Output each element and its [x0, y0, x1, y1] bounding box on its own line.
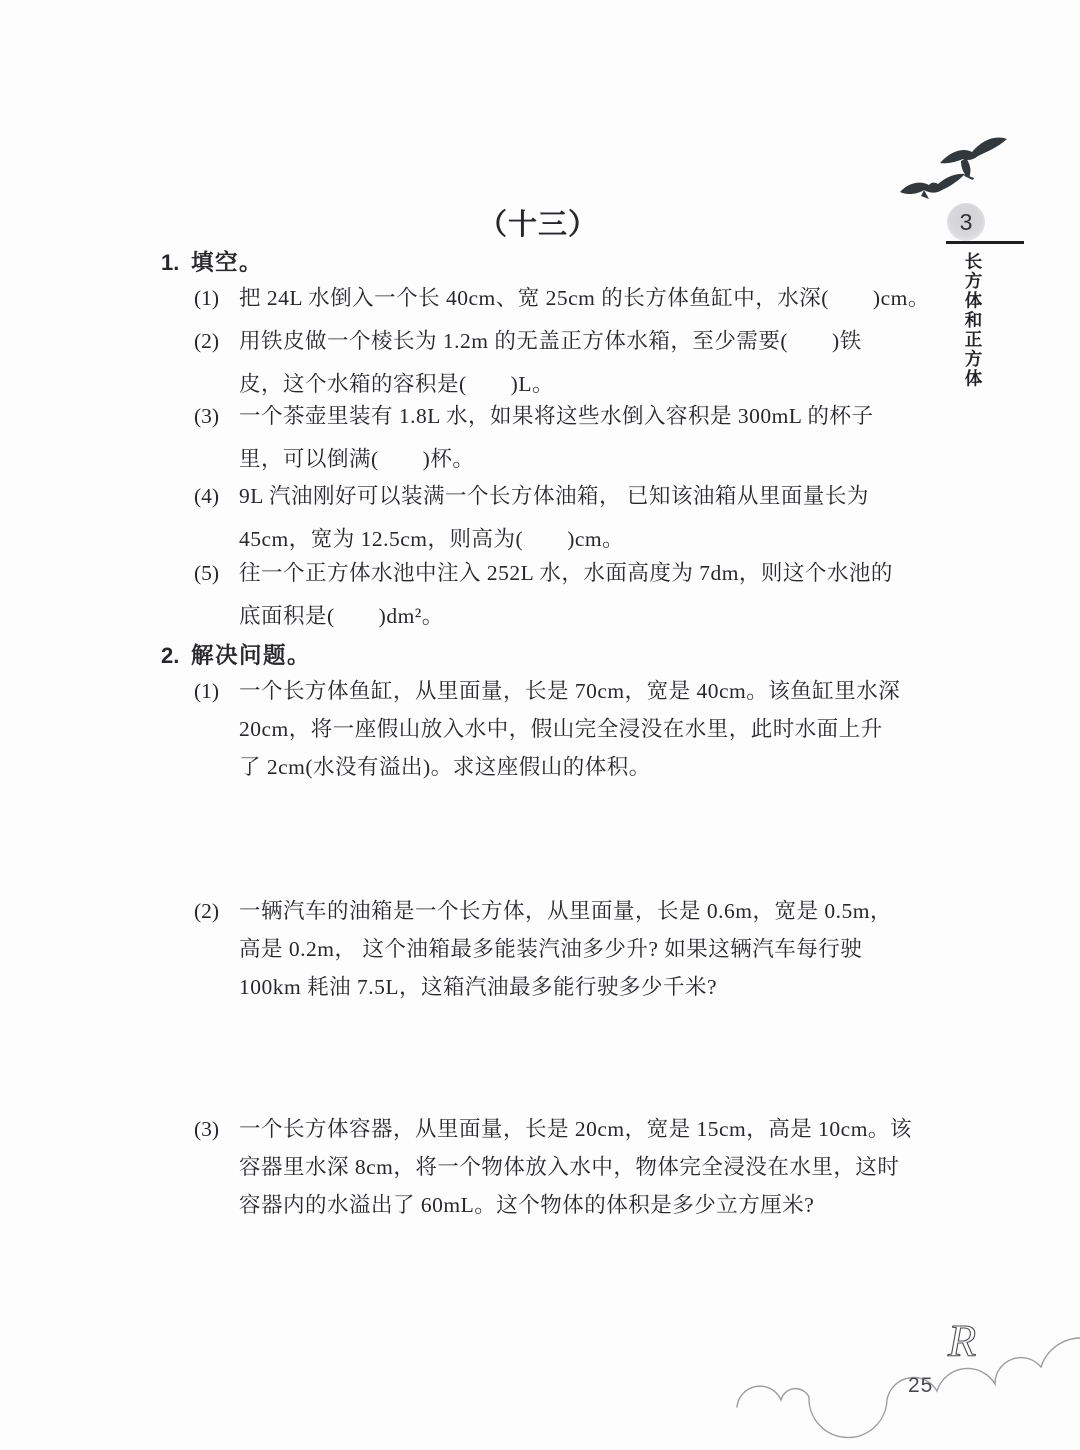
- page-number: 25: [908, 1374, 933, 1398]
- problem-text: 一个长方体容器，从里面量，长是 20cm，宽是 15cm，高是 10cm。该 容…: [239, 1110, 912, 1224]
- svg-text:R: R: [947, 1315, 976, 1366]
- section-2-title: 解决问题。: [191, 638, 311, 670]
- publisher-logo: R: [938, 1312, 992, 1368]
- chapter-divider-line: [946, 241, 1024, 244]
- problem-text: 一个茶壶里装有 1.8L 水，如果将这些水倒入容积是 300mL 的杯子 里，可…: [239, 395, 874, 481]
- problem-line: 一个长方体鱼缸，从里面量，长是 70cm，宽是 40cm。该鱼缸里水深: [239, 672, 900, 710]
- section-2-marker: 2.: [161, 643, 191, 669]
- birds-icon: [890, 128, 1020, 208]
- problem-line: 高是 0.2m， 这个油箱最多能装汽油多少升? 如果这辆汽车每行驶: [239, 930, 892, 968]
- problem-line: 把 24L 水倒入一个长 40cm、宽 25cm 的长方体鱼缸中，水深( )cm…: [239, 277, 930, 320]
- problem-line: 容器里水深 8cm，将一个物体放入水中，物体完全浸没在水里，这时: [239, 1148, 912, 1186]
- problem-number: (2): [194, 320, 239, 406]
- problem-1-1: (1) 把 24L 水倒入一个长 40cm、宽 25cm 的长方体鱼缸中，水深(…: [194, 277, 930, 320]
- problem-1-2: (2) 用铁皮做一个棱长为 1.2m 的无盖正方体水箱，至少需要( )铁 皮，这…: [194, 320, 862, 406]
- problem-text: 一个长方体鱼缸，从里面量，长是 70cm，宽是 40cm。该鱼缸里水深 20cm…: [239, 672, 900, 786]
- problem-number: (3): [194, 395, 239, 481]
- problem-line: 一辆汽车的油箱是一个长方体，从里面量，长是 0.6m，宽是 0.5m，: [239, 892, 892, 930]
- chapter-number-badge: 3: [947, 203, 985, 241]
- problem-number: (2): [194, 892, 239, 1006]
- problem-text: 一辆汽车的油箱是一个长方体，从里面量，长是 0.6m，宽是 0.5m， 高是 0…: [239, 892, 892, 1006]
- problem-2-1: (1) 一个长方体鱼缸，从里面量，长是 70cm，宽是 40cm。该鱼缸里水深 …: [194, 672, 900, 786]
- problem-2-2: (2) 一辆汽车的油箱是一个长方体，从里面量，长是 0.6m，宽是 0.5m， …: [194, 892, 892, 1006]
- section-1-heading: 1. 填空。: [161, 245, 263, 277]
- section-1-marker: 1.: [161, 250, 191, 276]
- problem-number: (1): [194, 277, 239, 320]
- problem-1-4: (4) 9L 汽油刚好可以装满一个长方体油箱， 已知该油箱从里面量长为 45cm…: [194, 475, 869, 561]
- problem-number: (5): [194, 552, 239, 638]
- problem-text: 9L 汽油刚好可以装满一个长方体油箱， 已知该油箱从里面量长为 45cm，宽为 …: [239, 475, 869, 561]
- problem-number: (1): [194, 672, 239, 786]
- problem-text: 往一个正方体水池中注入 252L 水，水面高度为 7dm，则这个水池的 底面积是…: [239, 552, 893, 638]
- page-title: （十三）: [160, 202, 916, 243]
- problem-line: 用铁皮做一个棱长为 1.2m 的无盖正方体水箱，至少需要( )铁: [239, 320, 862, 363]
- problem-1-5: (5) 往一个正方体水池中注入 252L 水，水面高度为 7dm，则这个水池的 …: [194, 552, 893, 638]
- problem-2-3: (3) 一个长方体容器，从里面量，长是 20cm，宽是 15cm，高是 10cm…: [194, 1110, 912, 1224]
- problem-1-3: (3) 一个茶壶里装有 1.8L 水，如果将这些水倒入容积是 300mL 的杯子…: [194, 395, 874, 481]
- chapter-title-vertical: 长方体和正方体: [961, 252, 985, 402]
- section-1-title: 填空。: [191, 245, 263, 277]
- workbook-page: 3 长方体和正方体 （十三） 1. 填空。 (1) 把 24L 水倒入一个长 4…: [0, 0, 1080, 1450]
- problem-number: (4): [194, 475, 239, 561]
- problem-line: 容器内的水溢出了 60mL。这个物体的体积是多少立方厘米?: [239, 1186, 912, 1224]
- problem-line: 往一个正方体水池中注入 252L 水，水面高度为 7dm，则这个水池的: [239, 552, 893, 595]
- problem-text: 把 24L 水倒入一个长 40cm、宽 25cm 的长方体鱼缸中，水深( )cm…: [239, 277, 930, 320]
- problem-line: 20cm，将一座假山放入水中，假山完全浸没在水里，此时水面上升: [239, 710, 900, 748]
- problem-line: 一个长方体容器，从里面量，长是 20cm，宽是 15cm，高是 10cm。该: [239, 1110, 912, 1148]
- problem-line: 底面积是( )dm²。: [239, 595, 893, 638]
- problem-line: 一个茶壶里装有 1.8L 水，如果将这些水倒入容积是 300mL 的杯子: [239, 395, 874, 438]
- problem-line: 100km 耗油 7.5L，这箱汽油最多能行驶多少千米?: [239, 968, 892, 1006]
- problem-number: (3): [194, 1110, 239, 1224]
- section-2-heading: 2. 解决问题。: [161, 638, 311, 670]
- problem-line: 了 2cm(水没有溢出)。求这座假山的体积。: [239, 748, 900, 786]
- problem-text: 用铁皮做一个棱长为 1.2m 的无盖正方体水箱，至少需要( )铁 皮，这个水箱的…: [239, 320, 862, 406]
- problem-line: 9L 汽油刚好可以装满一个长方体油箱， 已知该油箱从里面量长为: [239, 475, 869, 518]
